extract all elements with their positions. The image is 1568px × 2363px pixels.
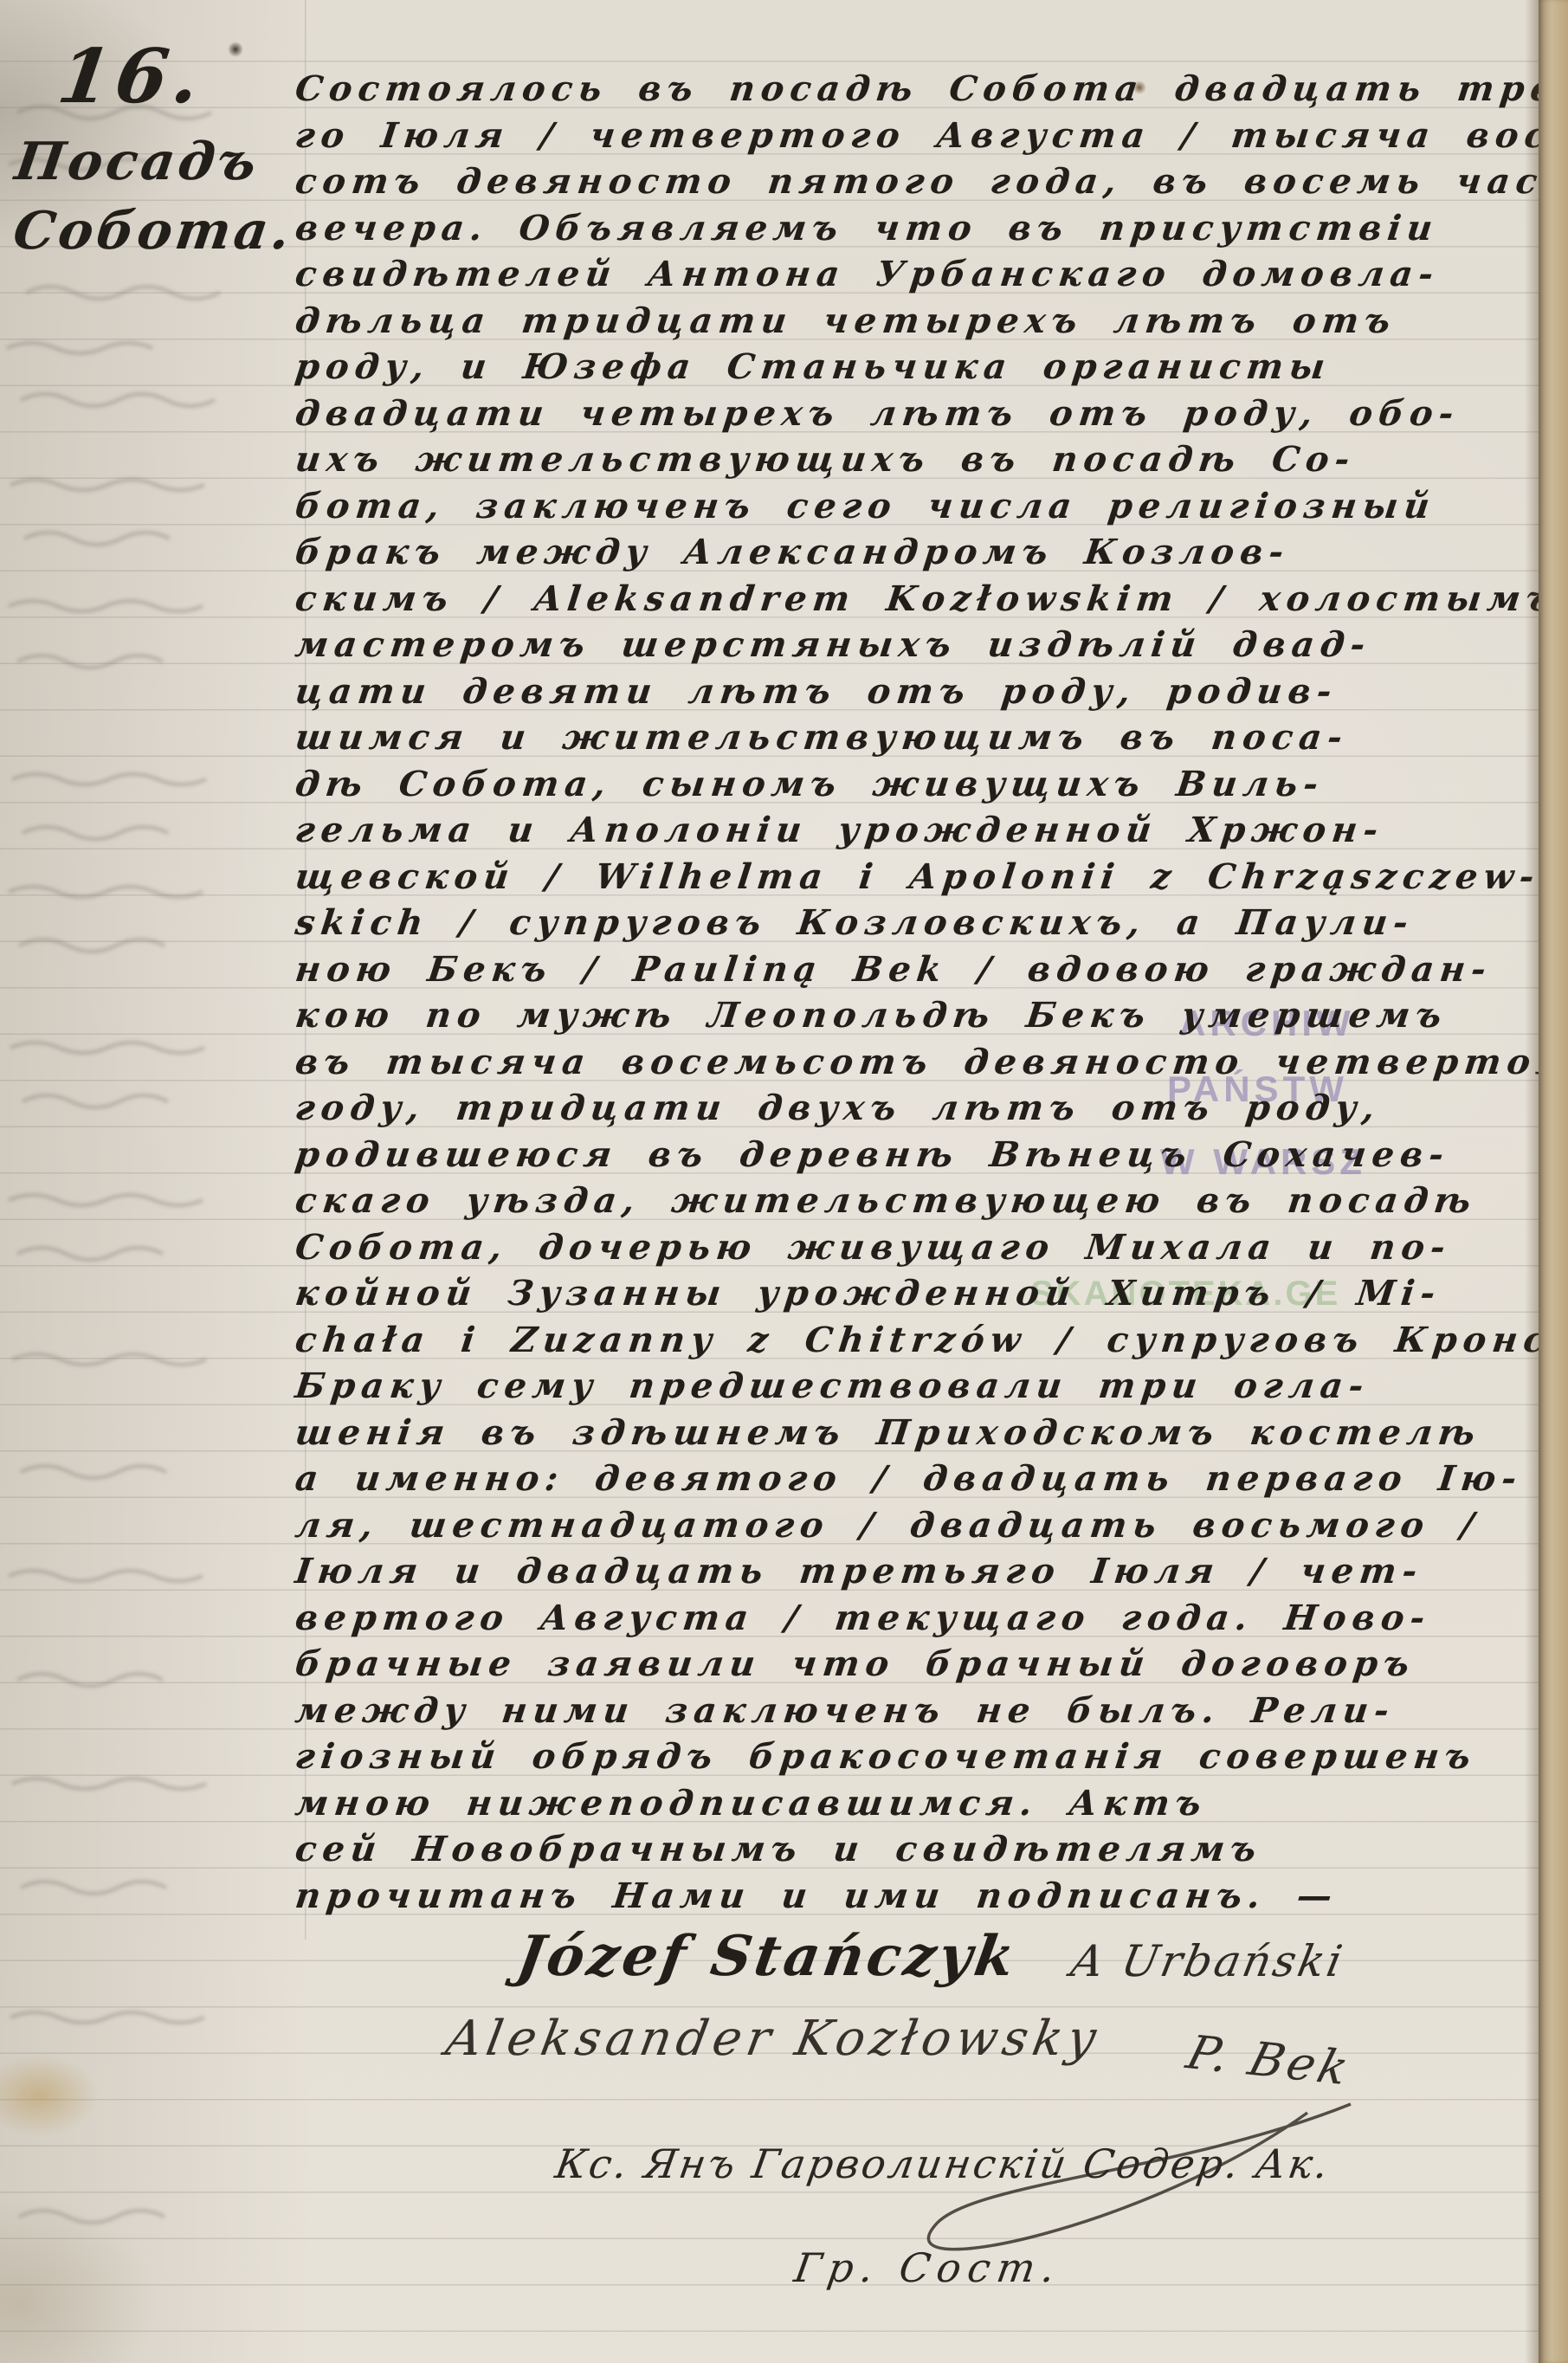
handwriting-line: въ тысяча восемьсотъ девяносто четвертом… xyxy=(293,1039,1545,1086)
handwriting-line: мною нижеподписавшимся. Актъ xyxy=(293,1780,1545,1827)
signature-jozef-stanczyk: Józef Stańczyk xyxy=(513,1924,1022,1989)
handwriting-line: скаго уѣзда, жительствующею въ посадѣ xyxy=(293,1178,1545,1224)
handwriting-line: брачные заявили что брачный договоръ xyxy=(293,1641,1545,1688)
handwriting-line: шенія въ здѣшнемъ Приходскомъ костелѣ xyxy=(293,1410,1545,1456)
margin-place-line: Посадъ xyxy=(11,132,263,192)
handwriting-line: гельма и Аполоніи урожденной Хржон- xyxy=(293,807,1545,854)
signature-officiant: Кс. Янъ Гарволинскій Содер. Ак. xyxy=(552,2140,1334,2187)
handwriting-line: шимся и жительствующимъ въ поса- xyxy=(293,714,1545,761)
bleedthrough-texture xyxy=(0,0,329,2363)
handwriting-line: дѣльца тридцати четырехъ лѣтъ отъ xyxy=(293,298,1545,345)
handwriting-line: го Іюля / четвертого Августа / тысяча во… xyxy=(293,113,1545,159)
handwriting-line: а именно: девятого / двадцать перваго Ію… xyxy=(293,1456,1545,1502)
handwriting-line: койной Зузанны урожденной Хитръ / Mi- xyxy=(293,1270,1545,1317)
handwriting-line: ною Бекъ / Pauliną Bek / вдовою граждан- xyxy=(293,946,1545,993)
handwriting-line: ихъ жительствующихъ въ посадѣ Со- xyxy=(293,436,1545,483)
handwriting-line: гіозный обрядъ бракосочетанія совершенъ xyxy=(293,1734,1545,1780)
handwriting-line: бота, заключенъ сего числа религіозный xyxy=(293,483,1545,530)
signature-officiant-title: Гр. Сост. xyxy=(791,2244,1066,2291)
handwriting-line: между ними заключенъ не былъ. Рели- xyxy=(293,1688,1545,1734)
handwriting-line: щевской / Wilhelma i Apolonii z Chrząszc… xyxy=(293,854,1545,901)
margin-place-line: Собота. xyxy=(10,201,297,261)
handwriting-line: прочитанъ Нами и ими подписанъ. — xyxy=(293,1873,1545,1920)
record-number: 16. xyxy=(53,33,210,120)
handwriting-line: сотъ девяносто пятого года, въ восемь ча… xyxy=(293,158,1545,205)
handwriting-line: сей Новобрачнымъ и свидѣтелямъ xyxy=(293,1826,1545,1873)
handwriting-line: вечера. Объявляемъ что въ присутствіи xyxy=(293,205,1545,252)
handwriting-line: Іюля и двадцать третьяго Іюля / чет- xyxy=(293,1548,1545,1595)
handwriting-line: бракъ между Александромъ Козлов- xyxy=(293,529,1545,576)
handwriting-line: ля, шестнадцатого / двадцать восьмого / xyxy=(293,1502,1545,1549)
page-edge-shadow xyxy=(1525,0,1539,2363)
page-edge xyxy=(1539,0,1568,2363)
handwriting-line: Состоялось въ посадѣ Собота двадцать тре… xyxy=(293,66,1545,113)
handwriting-line: цати девяти лѣтъ отъ роду, родив- xyxy=(293,668,1545,715)
handwriting-line: дѣ Собота, сыномъ живущихъ Виль- xyxy=(293,761,1545,808)
signature-p-bek: P. Bek xyxy=(1181,2025,1358,2095)
handwriting-line: skich / супруговъ Козловскихъ, а Паули- xyxy=(293,900,1545,946)
handwriting-line: мастеромъ шерстяныхъ издѣлій двад- xyxy=(293,622,1545,668)
handwriting-line: вертого Августа / текущаго года. Ново- xyxy=(293,1595,1545,1642)
handwriting-line: году, тридцати двухъ лѣтъ отъ роду, xyxy=(293,1085,1545,1132)
handwriting-line: Собота, дочерью живущаго Михала и по- xyxy=(293,1224,1545,1271)
act-body: Состоялось въ посадѣ Собота двадцать тре… xyxy=(293,66,1539,1919)
handwriting-line: роду, и Юзефа Станьчика органисты xyxy=(293,344,1545,391)
handwriting-line: Браку сему предшествовали три огла- xyxy=(293,1363,1545,1410)
signature-aleksander-kozlowski: Aleksander Kozłowsky xyxy=(442,2011,1105,2067)
signature-a-urbanski: A Urbański xyxy=(1067,1936,1348,1986)
handwriting-line: двадцати четырехъ лѣтъ отъ роду, обо- xyxy=(293,391,1545,437)
handwriting-line: chała i Zuzanny z Chitrzów / супруговъ К… xyxy=(293,1317,1545,1364)
signature-flourish xyxy=(779,2078,1403,2338)
handwriting-line: родившеюся въ деревнѣ Вѣнецъ Сохачев- xyxy=(293,1132,1545,1178)
handwriting-line: скимъ / Aleksandrem Kozłowskim / холосты… xyxy=(293,576,1545,623)
handwriting-line: свидѣтелей Антона Урбанскаго домовла- xyxy=(293,251,1545,298)
handwriting-line: кою по мужѣ Леопольдѣ Бекъ умершемъ xyxy=(293,992,1545,1039)
registry-page-scan: 16. Посадъ Собота. ARCHIW PAŃSTW W WARSZ… xyxy=(0,0,1568,2363)
